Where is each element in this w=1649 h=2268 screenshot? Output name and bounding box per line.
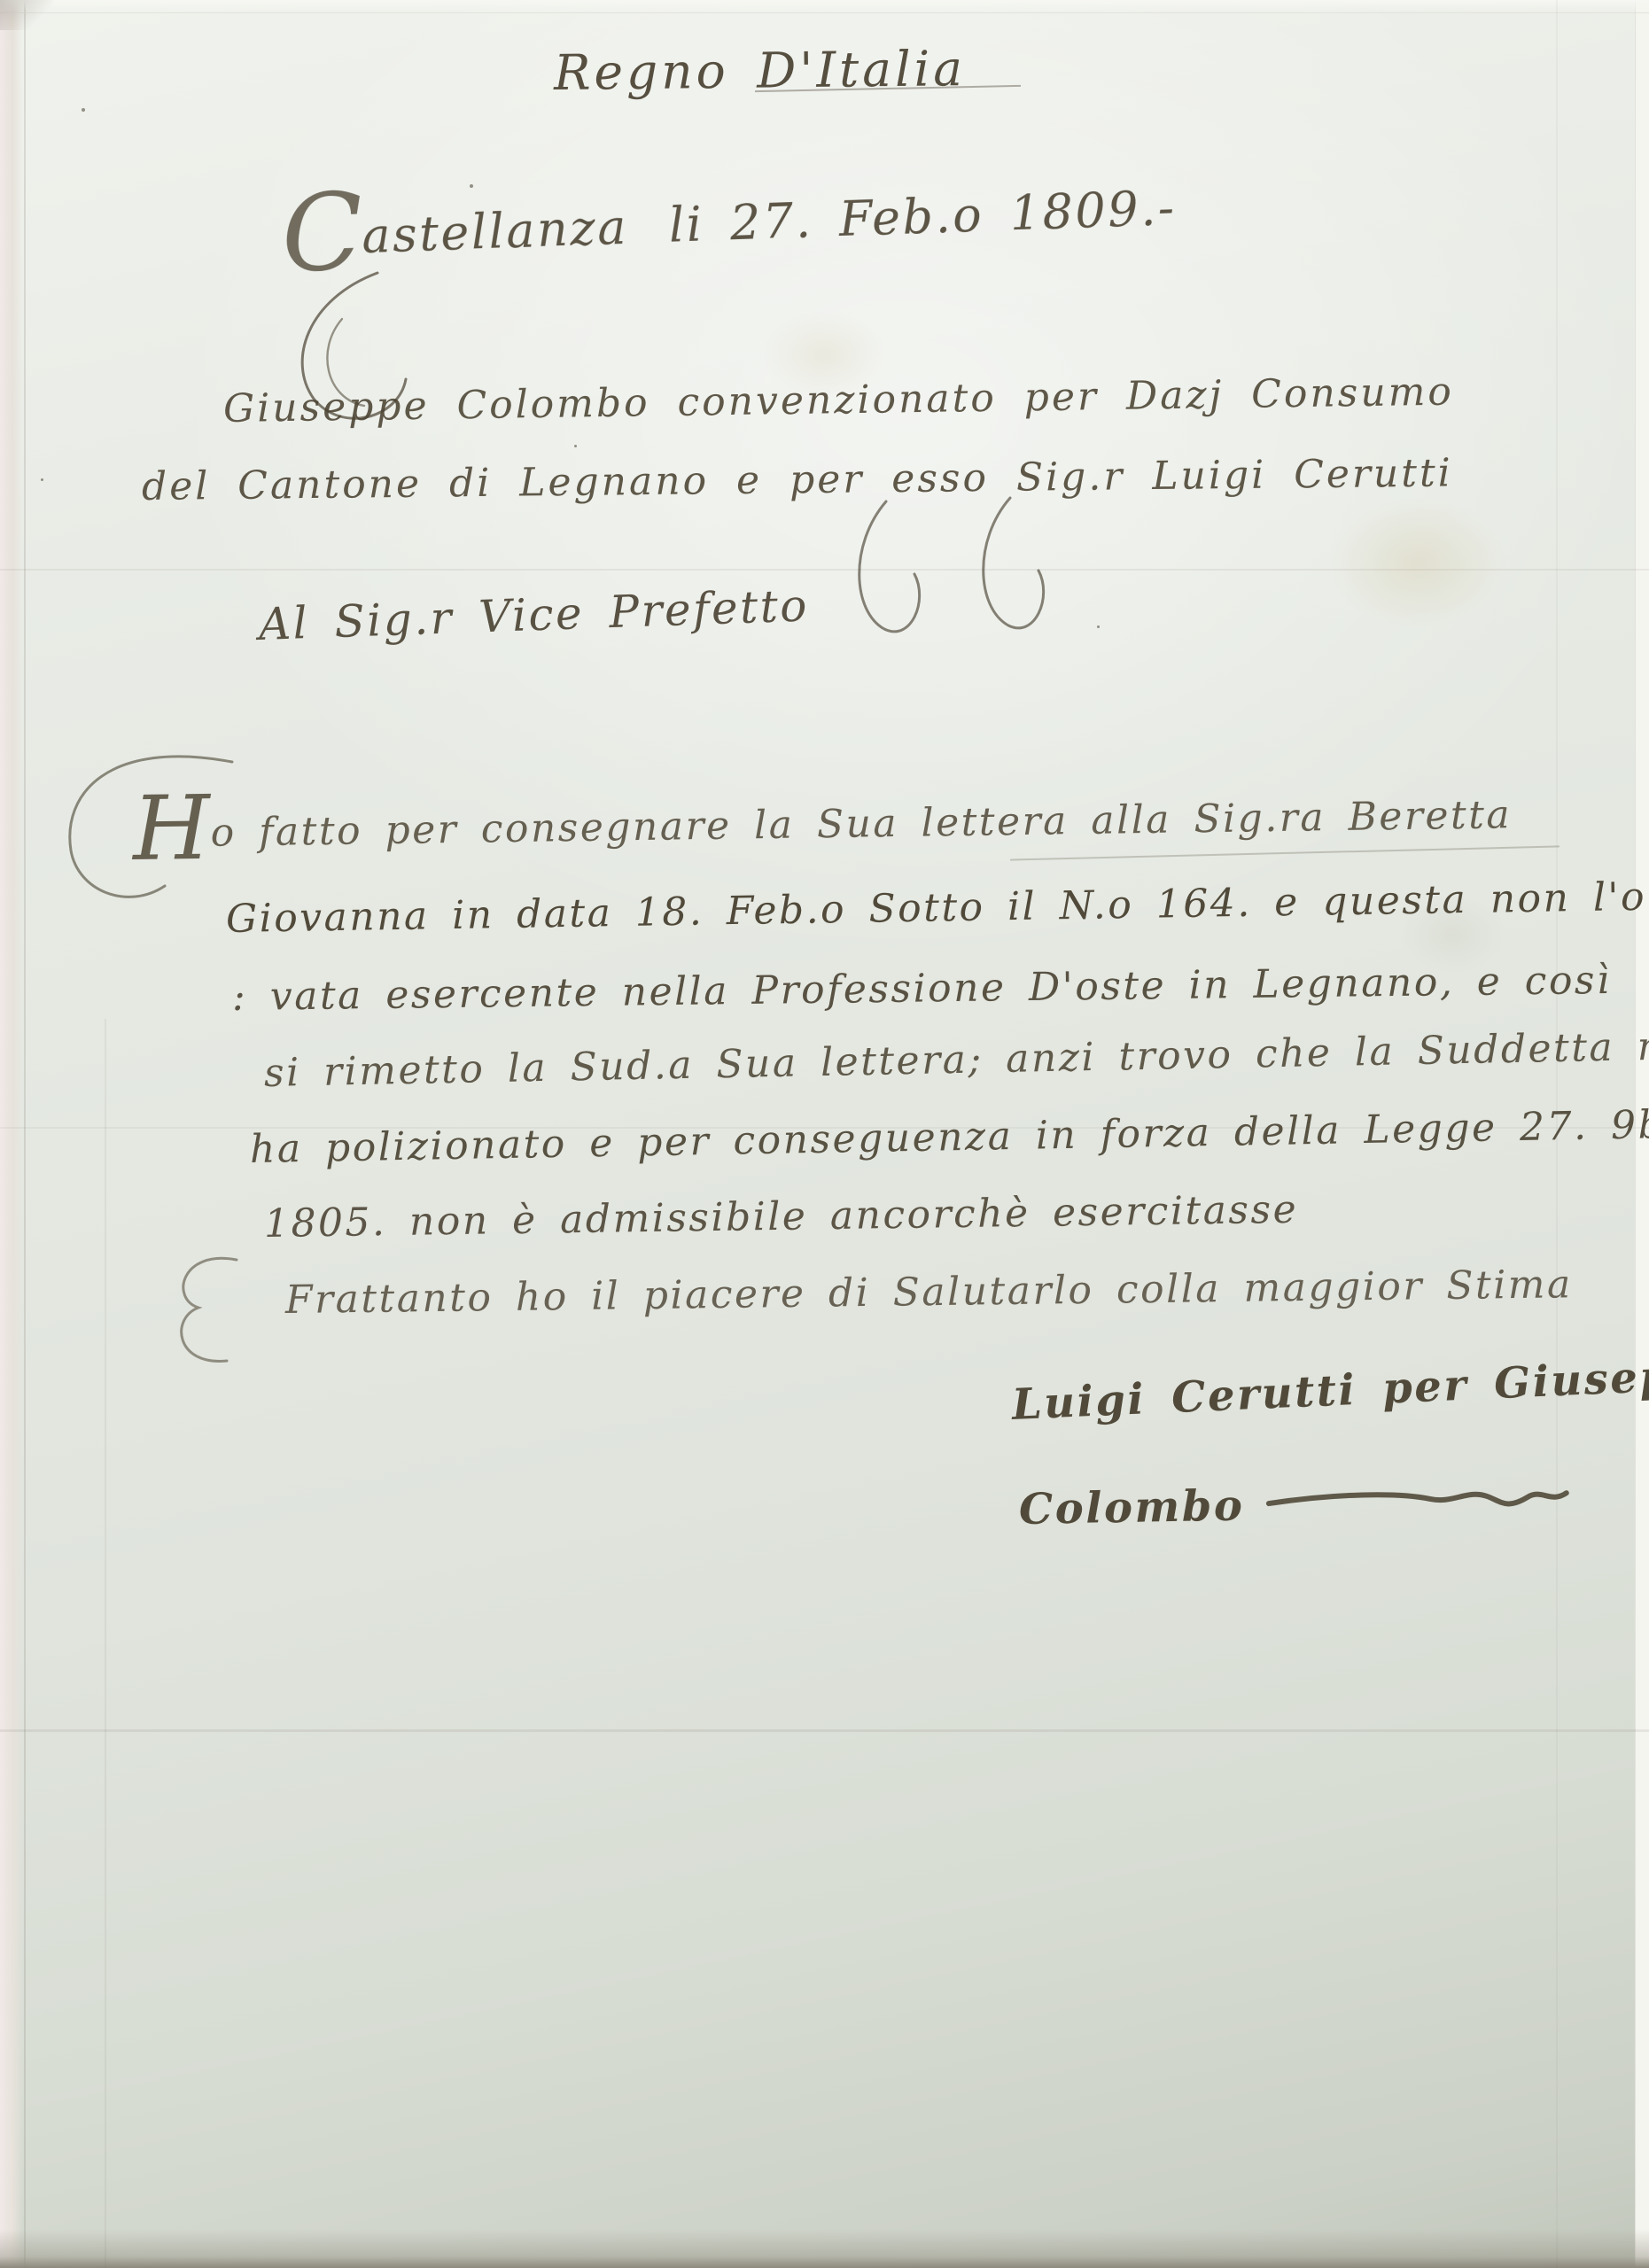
sender-line-2: del Cantone di Legnano e per esso Sig.r …	[142, 451, 1453, 509]
paper-speck	[574, 445, 577, 447]
paper-edge-left-shadow	[24, 0, 26, 2268]
letter-paper: Regno D'Italia Castellanzali 27. Feb.o 1…	[0, 0, 1649, 2268]
paper-corner-crease	[0, 0, 53, 30]
signature-line-1: Luigi Cerutti per Giuseppe	[1011, 1349, 1649, 1430]
body-line-1-text: o fatto per consegnare la Sua lettera al…	[210, 792, 1512, 855]
signature-line-2: Colombo	[1019, 1475, 1585, 1534]
paper-crease-vertical-1	[105, 1019, 106, 2268]
paper-stain-1	[1329, 496, 1506, 629]
flourish-closing-initial	[161, 1247, 268, 1380]
dateline-place: astellanza	[361, 198, 629, 263]
paper-edge-bottom	[0, 2229, 1649, 2268]
ink-guideline	[1010, 845, 1560, 860]
body-line-1-initial: H	[132, 776, 213, 881]
body-line-5: ha polizionato e per conseguenza in forz…	[250, 1101, 1649, 1172]
document-photo: Regno D'Italia Castellanzali 27. Feb.o 1…	[0, 0, 1649, 2268]
signature-paraph	[1265, 1480, 1585, 1525]
body-line-6: 1805. non è admissibile ancorchè esercit…	[264, 1187, 1299, 1247]
salutation: Al Sig.r Vice Prefetto	[258, 579, 810, 650]
paper-speck	[82, 108, 85, 112]
paper-crease-horizontal-3	[0, 1729, 1649, 1732]
body-line-7: Frattanto ho il piacere di Salutarlo col…	[285, 1262, 1573, 1323]
paper-edge-left	[0, 0, 23, 2268]
dateline-place-initial: C	[279, 171, 367, 297]
flourish-sender-descenders	[833, 496, 1116, 656]
signature-name: Colombo	[1019, 1481, 1245, 1534]
paper-edge-top	[0, 0, 1649, 13]
body-line-3: : vata esercente nella Professione D'ost…	[232, 958, 1612, 1020]
paper-speck	[1097, 625, 1100, 628]
dateline: Castellanzali 27. Feb.o 1809.-	[281, 180, 1178, 267]
sender-line-1: Giuseppe Colombo convenzionato per Dazj …	[223, 369, 1455, 431]
body-line-4: si rimetto la Sud.a Sua lettera; anzi tr…	[264, 1023, 1649, 1096]
paper-speck	[470, 184, 473, 188]
paper-speck	[41, 478, 43, 481]
body-line-1: Ho fatto per consegnare la Sua lettera a…	[133, 792, 1513, 857]
dateline-date: li 27. Feb.o 1809.-	[668, 180, 1178, 253]
